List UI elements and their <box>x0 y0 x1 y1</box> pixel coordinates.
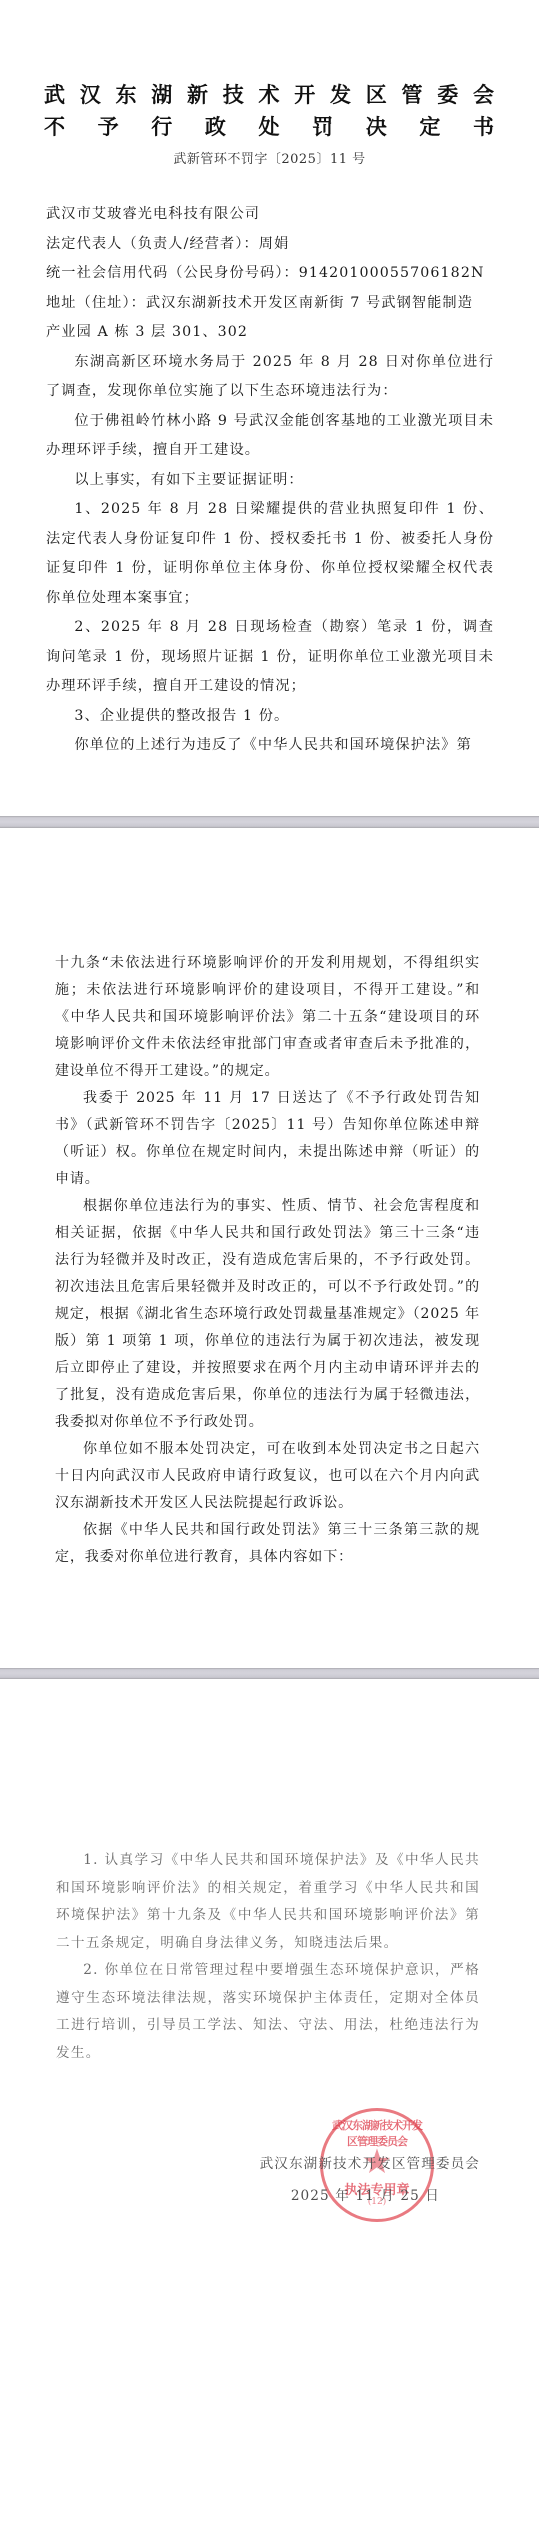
title-char: 开 <box>294 82 315 108</box>
title-char: 会 <box>473 82 494 108</box>
document-title-line-2: 不 予 行 政 处 罚 决 定 书 <box>44 114 494 140</box>
title-char: 东 <box>116 82 137 108</box>
evidence-item-2: 2、2025 年 8 月 28 日现场检查（勘察）笔录 1 份，调查询问笔录 1… <box>46 613 494 702</box>
company-name: 武汉市艾玻睿光电科技有限公司 <box>46 200 494 230</box>
document-title-line-1: 武 汉 东 湖 新 技 术 开 发 区 管 委 会 <box>44 82 494 108</box>
signoff-block: 武汉东湖新技术开发区管理委员会 2025 年 11 月 25 日 <box>240 2152 480 2204</box>
paragraph-appeal: 你单位如不服本处罚决定，可在收到本处罚决定书之日起六十日内向武汉市人民政府申请行… <box>55 1436 480 1517</box>
page-1-body: 武汉市艾玻睿光电科技有限公司 法定代表人（负责人/经营者）：周娟 统一社会信用代… <box>46 200 494 761</box>
title-char: 发 <box>330 82 351 108</box>
title-char: 术 <box>259 82 280 108</box>
issuer-name: 武汉东湖新技术开发区管理委员会 <box>260 2156 480 2172</box>
title-char: 罚 <box>312 114 333 140</box>
paragraph-law-start: 你单位的上述行为违反了《中华人民共和国环境保护法》第 <box>46 731 494 761</box>
title-char: 区 <box>366 82 387 108</box>
title-char: 不 <box>44 114 65 140</box>
title-char: 新 <box>187 82 208 108</box>
title-char: 管 <box>402 82 423 108</box>
title-char: 委 <box>437 82 458 108</box>
title-char: 予 <box>98 114 119 140</box>
evidence-item-3: 3、企业提供的整改报告 1 份。 <box>46 702 494 732</box>
address-line-1: 地址（住址）：武汉东湖新技术开发区南新街 7 号武钢智能制造 <box>46 289 494 319</box>
paragraph-violation: 位于佛祖岭竹林小路 9 号武汉金能创客基地的工业激光项目未办理环评手续，擅自开工… <box>46 407 494 466</box>
paragraph-basis: 根据你单位违法行为的事实、性质、情节、社会危害程度和相关证据，依据《中华人民共和… <box>55 1193 480 1436</box>
paragraph-evidence-intro: 以上事实，有如下主要证据证明： <box>46 466 494 496</box>
document-number: 武新管环不罚字〔2025〕11 号 <box>0 148 539 167</box>
page-2-body: 十九条“未依法进行环境影响评价的开发利用规划，不得组织实施；未依法进行环境影响评… <box>55 950 480 1571</box>
title-char: 汉 <box>80 82 101 108</box>
education-item-1: 1. 认真学习《中华人民共和国环境保护法》及《中华人民共和国环境影响评价法》的相… <box>56 1847 480 1957</box>
document-page-1: 武 汉 东 湖 新 技 术 开 发 区 管 委 会 不 予 行 政 处 罚 决 … <box>0 0 539 816</box>
title-char: 书 <box>473 114 494 140</box>
title-char: 湖 <box>151 82 172 108</box>
title-char: 行 <box>151 114 172 140</box>
credit-code: 统一社会信用代码（公民身份号码）：91420100055706182N <box>46 259 494 289</box>
title-char: 技 <box>223 82 244 108</box>
title-char: 决 <box>366 114 387 140</box>
address-line-2: 产业园 A 栋 3 层 301、302 <box>46 318 494 348</box>
evidence-item-1: 1、2025 年 8 月 28 日梁耀提供的营业执照复印件 1 份、法定代表人身… <box>46 495 494 613</box>
education-item-2: 2. 你单位在日常管理过程中要增强生态环境保护意识，严格遵守生态环境法律法规，落… <box>56 1957 480 2067</box>
issue-date: 2025 年 11 月 25 日 <box>240 2184 480 2204</box>
title-char: 武 <box>44 82 65 108</box>
document-page-3 <box>0 1679 539 2528</box>
title-char: 定 <box>419 114 440 140</box>
paragraph-notice: 我委于 2025 年 11 月 17 日送达了《不予行政处罚告知书》（武新管环不… <box>55 1085 480 1193</box>
page-divider <box>0 816 539 828</box>
paragraph-law-continued: 十九条“未依法进行环境影响评价的开发利用规划，不得组织实施；未依法进行环境影响评… <box>55 950 480 1085</box>
paragraph-investigation: 东湖高新区环境水务局于 2025 年 8 月 28 日对你单位进行了调查，发现你… <box>46 348 494 407</box>
title-char: 政 <box>205 114 226 140</box>
legal-representative: 法定代表人（负责人/经营者）：周娟 <box>46 230 494 260</box>
page-divider <box>0 1668 539 1679</box>
page-3-body: 1. 认真学习《中华人民共和国环境保护法》及《中华人民共和国环境影响评价法》的相… <box>56 1847 480 2067</box>
paragraph-education: 依据《中华人民共和国行政处罚法》第三十三条第三款的规定，我委对你单位进行教育，具… <box>55 1517 480 1571</box>
title-char: 处 <box>259 114 280 140</box>
